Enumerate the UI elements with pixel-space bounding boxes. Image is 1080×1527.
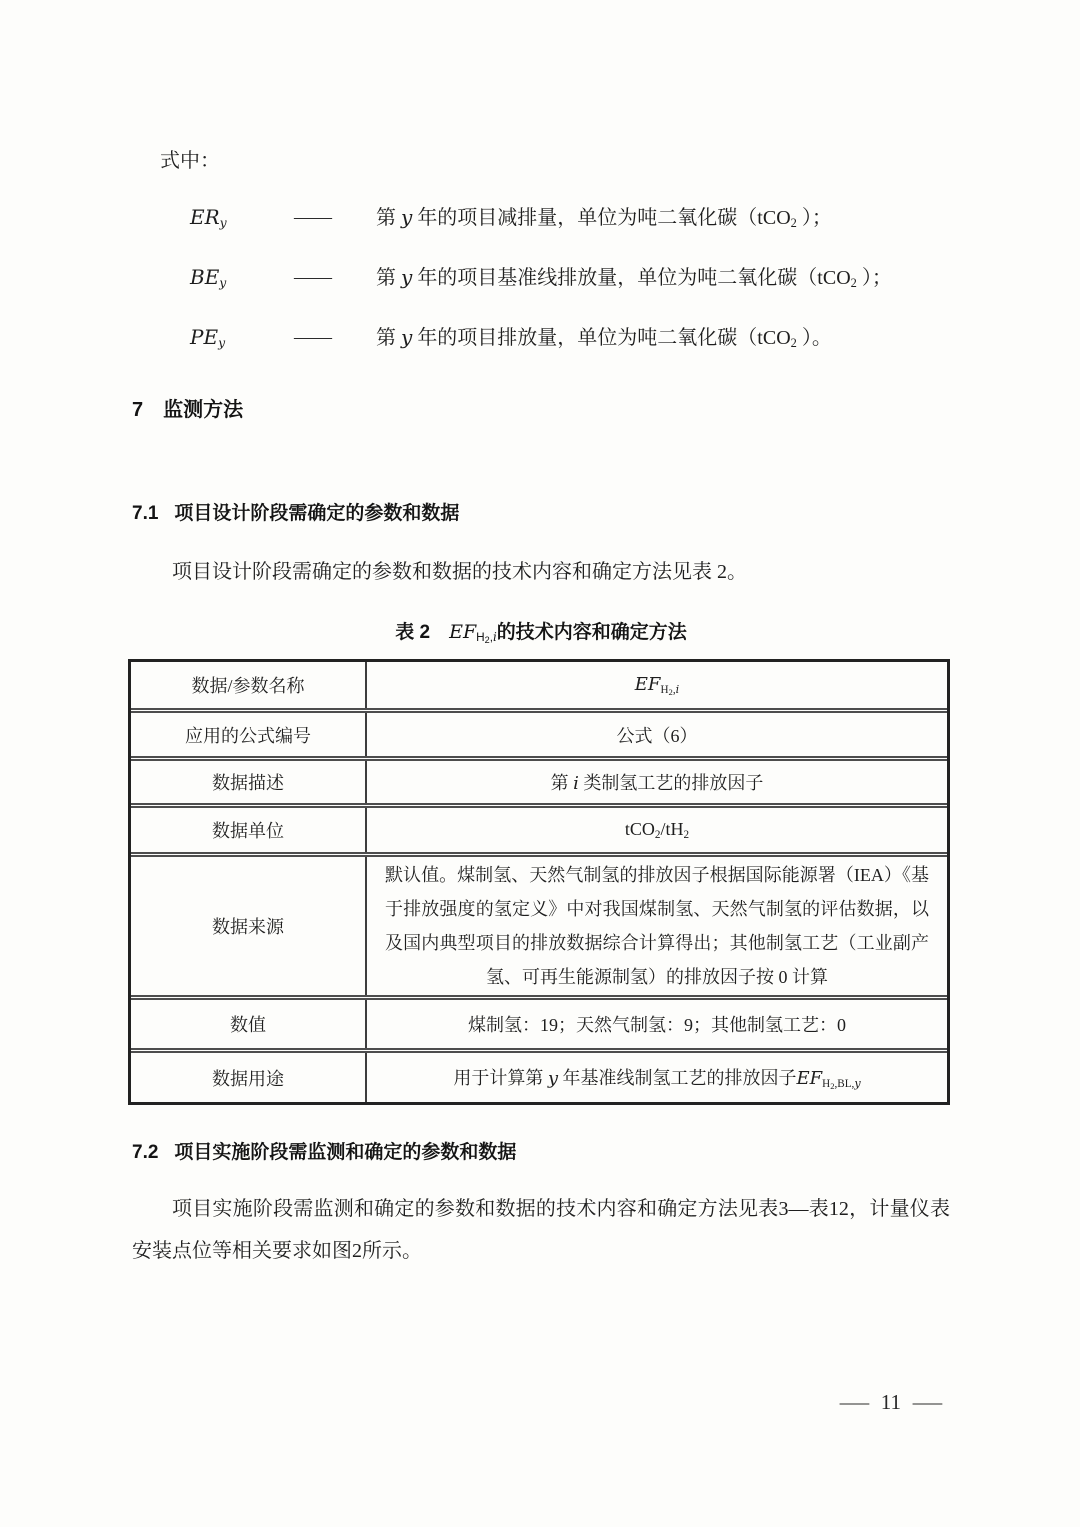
footer-right-dash: — <box>913 1390 942 1415</box>
section-heading-7: 7监测方法 <box>132 393 950 422</box>
page-footer: — 11 — <box>844 1390 938 1415</box>
definition-text: 第 y 年的项目减排量，单位为吨二氧化碳（tCO2 ）； <box>358 204 950 237</box>
symbol-definition-list: ERy —— 第 y 年的项目减排量，单位为吨二氧化碳（tCO2 ）； BEy … <box>132 204 950 357</box>
row-label: 数据来源 <box>131 857 367 995</box>
definition-symbol: BEy <box>190 264 294 296</box>
definition-row: PEy —— 第 y 年的项目排放量，单位为吨二氧化碳（tCO2 ）。 <box>190 324 950 357</box>
definition-row: ERy —— 第 y 年的项目减排量，单位为吨二氧化碳（tCO2 ）； <box>190 204 950 237</box>
table-row: 数据/参数名称 EFH2,i <box>131 662 947 708</box>
definition-dash: —— <box>294 264 358 291</box>
section-title: 监测方法 <box>163 399 243 421</box>
row-label: 数值 <box>131 1000 367 1048</box>
definition-dash: —— <box>294 204 358 231</box>
table-row: 数据来源 默认值。煤制氢、天然气制氢的排放因子根据国际能源署（IEA）《基于排放… <box>131 852 947 995</box>
page-number: 11 <box>881 1390 901 1415</box>
formula-intro-label: 式中： <box>132 148 950 174</box>
row-value-text: EFH2,i <box>635 674 679 697</box>
section-title: 项目实施阶段需监测和确定的参数和数据 <box>174 1142 516 1163</box>
paragraph-7-2: 项目实施阶段需监测和确定的参数和数据的技术内容和确定方法见表3—表12，计量仪表… <box>132 1188 950 1272</box>
definition-text: 第 y 年的项目排放量，单位为吨二氧化碳（tCO2 ）。 <box>358 324 950 357</box>
section-number: 7.2 <box>132 1142 158 1164</box>
footer-left-dash: — <box>840 1390 869 1415</box>
row-value: 用于计算第 y 年基准线制氢工艺的排放因子EFH2,BL,y <box>367 1053 947 1102</box>
row-label: 数据用途 <box>131 1053 367 1102</box>
row-value: 煤制氢：19；天然气制氢：9；其他制氢工艺：0 <box>367 1000 947 1048</box>
row-label: 应用的公式编号 <box>131 713 367 756</box>
table-row: 数据用途 用于计算第 y 年基准线制氢工艺的排放因子EFH2,BL,y <box>131 1048 947 1102</box>
section-number: 7.1 <box>132 503 158 525</box>
row-label: 数据描述 <box>131 761 367 803</box>
table2-caption: 表 2 EFH2,i的技术内容和确定方法 <box>132 617 950 645</box>
row-value-text: 煤制氢：19；天然气制氢：9；其他制氢工艺：0 <box>468 1011 846 1037</box>
table-row: 应用的公式编号 公式（6） <box>131 708 947 756</box>
row-value: EFH2,i <box>367 662 947 708</box>
paragraph-7-1: 项目设计阶段需确定的参数和数据的技术内容和确定方法见表 2。 <box>132 551 950 593</box>
definition-row: BEy —— 第 y 年的项目基准线排放量，单位为吨二氧化碳（tCO2 ）； <box>190 264 950 297</box>
row-value-text: 默认值。煤制氢、天然气制氢的排放因子根据国际能源署（IEA）《基于排放强度的氢定… <box>367 852 947 1000</box>
definition-dash: —— <box>294 324 358 351</box>
table2: 数据/参数名称 EFH2,i 应用的公式编号 公式（6） 数据描述 第 i 类制… <box>128 659 950 1105</box>
row-value: 第 i 类制氢工艺的排放因子 <box>367 761 947 803</box>
section-title: 项目设计阶段需确定的参数和数据 <box>174 503 459 524</box>
row-value: tCO2/tH2 <box>367 808 947 852</box>
definition-text: 第 y 年的项目基准线排放量，单位为吨二氧化碳（tCO2 ）； <box>358 264 950 297</box>
row-value: 默认值。煤制氢、天然气制氢的排放因子根据国际能源署（IEA）《基于排放强度的氢定… <box>367 857 947 995</box>
row-value-text: 第 i 类制氢工艺的排放因子 <box>551 769 764 795</box>
row-label: 数据/参数名称 <box>131 662 367 708</box>
table-row: 数值 煤制氢：19；天然气制氢：9；其他制氢工艺：0 <box>131 995 947 1048</box>
document-page: 式中： ERy —— 第 y 年的项目减排量，单位为吨二氧化碳（tCO2 ）； … <box>0 0 1080 1527</box>
section-heading-7-1: 7.1项目设计阶段需确定的参数和数据 <box>132 498 950 525</box>
row-label: 数据单位 <box>131 808 367 852</box>
section-heading-7-2: 7.2项目实施阶段需监测和确定的参数和数据 <box>132 1137 950 1164</box>
table-row: 数据描述 第 i 类制氢工艺的排放因子 <box>131 756 947 803</box>
table-row: 数据单位 tCO2/tH2 <box>131 803 947 852</box>
definition-symbol: ERy <box>190 204 294 236</box>
section-number: 7 <box>132 399 143 422</box>
row-value-text: 公式（6） <box>617 722 698 748</box>
definition-symbol: PEy <box>190 324 294 356</box>
page-content: 式中： ERy —— 第 y 年的项目减排量，单位为吨二氧化碳（tCO2 ）； … <box>132 148 950 1272</box>
row-value-text: 用于计算第 y 年基准线制氢工艺的排放因子EFH2,BL,y <box>453 1064 860 1091</box>
row-value: 公式（6） <box>367 713 947 756</box>
row-value-text: tCO2/tH2 <box>625 819 689 841</box>
